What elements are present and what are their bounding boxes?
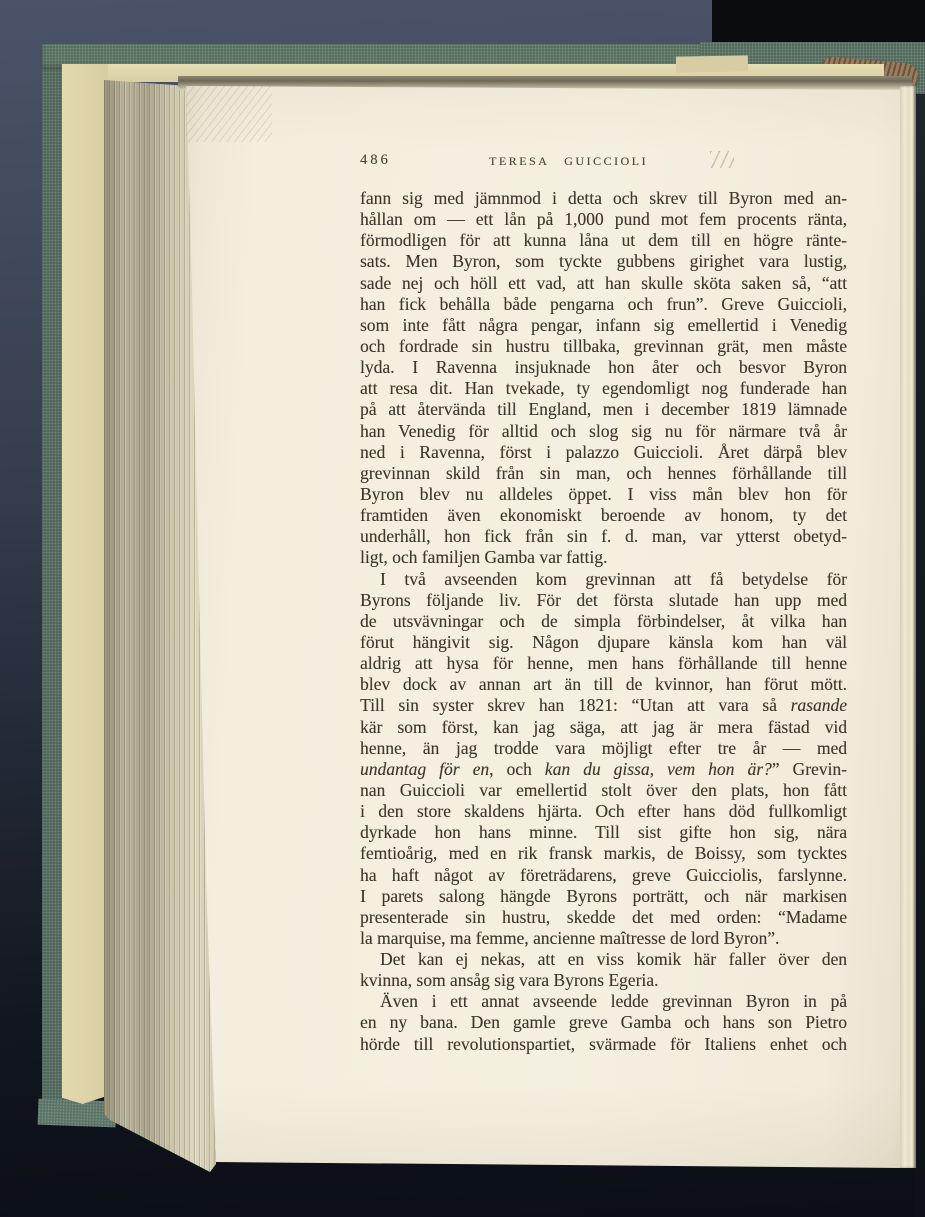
text-segment: ligt, och familjen Gamba var fattig. bbox=[360, 547, 607, 567]
text-segment: dyrkade hon hans minne. Till sist gifte … bbox=[360, 822, 847, 842]
text-line: underhåll, hon fick från sin f. d. man, … bbox=[360, 526, 847, 547]
text-segment: ned i Ravenna, först i palazzo Guiccioli… bbox=[360, 442, 847, 462]
text-line: sats. Men Byron, som tyckte gubbens giri… bbox=[360, 251, 847, 272]
text-segment: ” Grevin- bbox=[772, 759, 847, 779]
text-segment: la marquise, ma femme, ancienne maîtress… bbox=[360, 928, 779, 948]
text-line: grevinnan skild från sin man, och hennes… bbox=[360, 463, 847, 484]
running-header: TERESA GUICCIOLI bbox=[360, 154, 777, 169]
text-line: lyda. I Ravenna insjuknade hon åter och … bbox=[360, 357, 847, 378]
text-line: och fordrade sin hustru tillbaka, grevin… bbox=[360, 336, 847, 357]
text-line: dyrkade hon hans minne. Till sist gifte … bbox=[360, 822, 847, 843]
text-segment: framtiden även ekonomiskt beroende av ho… bbox=[360, 505, 847, 525]
text-line: blev dock av annan art än till de kvinno… bbox=[360, 674, 847, 695]
text-segment: ha haft något av företrädarens, greve Gu… bbox=[360, 865, 847, 885]
text-line: att resa dit. Han tvekade, ty egendomlig… bbox=[360, 378, 847, 399]
italic-text: rasande bbox=[791, 695, 847, 715]
text-line: presenterade sin hustru, skedde det med … bbox=[360, 907, 847, 928]
text-segment: kär som först, kan jag säga, att jag är … bbox=[360, 717, 847, 737]
text-line: sade nej och höll ett vad, att han skull… bbox=[360, 273, 847, 294]
text-line: de utsvävningar och de simpla förbindels… bbox=[360, 611, 847, 632]
text-segment: Till sin syster skrev han 1821: “Utan at… bbox=[360, 695, 791, 715]
paragraph: Det kan ej nekas, att en viss komik här … bbox=[360, 949, 847, 991]
text-segment: Det kan ej nekas, att en viss komik här … bbox=[380, 949, 847, 969]
text-line: la marquise, ma femme, ancienne maîtress… bbox=[360, 928, 847, 949]
text-line: ligt, och familjen Gamba var fattig. bbox=[360, 547, 847, 568]
text-line: undantag för en, och kan du gissa, vem h… bbox=[360, 759, 847, 780]
text-line: som inte fått några pengar, infann sig e… bbox=[360, 315, 847, 336]
paragraph: Även i ett annat avseende ledde grevinna… bbox=[360, 991, 847, 1054]
body-text: fann sig med jämnmod i detta och skrev t… bbox=[360, 188, 847, 1055]
text-segment: en ny bana. Den gamle greve Gamba och ha… bbox=[360, 1012, 847, 1032]
text-line: Även i ett annat avseende ledde grevinna… bbox=[360, 991, 847, 1012]
text-segment: Även i ett annat avseende ledde grevinna… bbox=[380, 991, 847, 1011]
text-line: ned i Ravenna, först i palazzo Guiccioli… bbox=[360, 442, 847, 463]
text-segment: fann sig med jämnmod i detta och skrev t… bbox=[360, 188, 847, 208]
text-segment: sade nej och höll ett vad, att han skull… bbox=[360, 273, 847, 293]
text-segment: henne, än jag trodde vara möjligt efter … bbox=[360, 738, 847, 758]
text-segment: lyda. I Ravenna insjuknade hon åter och … bbox=[360, 357, 847, 377]
text-line: kvinna, som ansåg sig vara Byrons Egeria… bbox=[360, 970, 847, 991]
text-segment: i den store skaldens hjärta. Och efter h… bbox=[360, 801, 847, 821]
text-line: hörde till revolutionspartiet, svärmade … bbox=[360, 1034, 847, 1055]
text-segment: hållan om — ett lån på 1,000 pund mot fe… bbox=[360, 209, 847, 229]
text-line: fann sig med jämnmod i detta och skrev t… bbox=[360, 188, 847, 209]
text-segment: grevinnan skild från sin man, och hennes… bbox=[360, 463, 847, 483]
text-segment: I två avseenden kom grevinnan att få bet… bbox=[380, 569, 847, 589]
text-segment: underhåll, hon fick från sin f. d. man, … bbox=[360, 526, 847, 546]
text-line: förut hängivit sig. Någon djupare känsla… bbox=[360, 632, 847, 653]
text-segment: han fick behålla både pengarna och frun”… bbox=[360, 294, 847, 314]
text-line: femtioårig, med en rik fransk markis, de… bbox=[360, 843, 847, 864]
text-line: I parets salong hängde Byrons porträtt, … bbox=[360, 886, 847, 907]
text-segment: han Venedig för alltid och slog sig nu f… bbox=[360, 421, 847, 441]
text-segment: presenterade sin hustru, skedde det med … bbox=[360, 907, 847, 927]
text-line: han fick behålla både pengarna och frun”… bbox=[360, 294, 847, 315]
page-corner-stack bbox=[186, 86, 272, 142]
text-line: henne, än jag trodde vara möjligt efter … bbox=[360, 738, 847, 759]
text-line: Till sin syster skrev han 1821: “Utan at… bbox=[360, 695, 847, 716]
text-segment: att resa dit. Han tvekade, ty egendomlig… bbox=[360, 378, 847, 398]
text-line: förmodligen för att kunna låna ut dem ti… bbox=[360, 230, 847, 251]
text-line: Det kan ej nekas, att en viss komik här … bbox=[360, 949, 847, 970]
book-photo: 486 TERESA GUICCIOLI fann sig med jämnmo… bbox=[0, 0, 925, 1217]
italic-text: undantag för en bbox=[360, 759, 489, 779]
gutter-page-edge bbox=[900, 86, 916, 1168]
text-line: på att återvända till England, men i dec… bbox=[360, 399, 847, 420]
endpaper-left-edge bbox=[62, 64, 108, 1104]
text-line: ha haft något av företrädarens, greve Gu… bbox=[360, 865, 847, 886]
text-segment: och fordrade sin hustru tillbaka, grevin… bbox=[360, 336, 847, 356]
text-line: Byrons följande liv. För det första slut… bbox=[360, 590, 847, 611]
text-line: hållan om — ett lån på 1,000 pund mot fe… bbox=[360, 209, 847, 230]
text-line: kär som först, kan jag säga, att jag är … bbox=[360, 717, 847, 738]
italic-text: kan du gissa, vem hon är? bbox=[545, 759, 772, 779]
text-line: framtiden även ekonomiskt beroende av ho… bbox=[360, 505, 847, 526]
text-line: i den store skaldens hjärta. Och efter h… bbox=[360, 801, 847, 822]
paragraph: fann sig med jämnmod i detta och skrev t… bbox=[360, 188, 847, 569]
text-segment: Byrons följande liv. För det första slut… bbox=[360, 590, 847, 610]
text-segment: sats. Men Byron, som tyckte gubbens giri… bbox=[360, 251, 847, 271]
text-segment: nan Guiccioli var emellertid stolt över … bbox=[360, 780, 847, 800]
text-segment: blev dock av annan art än till de kvinno… bbox=[360, 674, 847, 694]
text-segment: förmodligen för att kunna låna ut dem ti… bbox=[360, 230, 847, 250]
text-segment: förut hängivit sig. Någon djupare känsla… bbox=[360, 632, 847, 652]
text-segment: på att återvända till England, men i dec… bbox=[360, 399, 847, 419]
text-segment: I parets salong hängde Byrons porträtt, … bbox=[360, 886, 847, 906]
text-line: en ny bana. Den gamle greve Gamba och ha… bbox=[360, 1012, 847, 1033]
text-line: I två avseenden kom grevinnan att få bet… bbox=[360, 569, 847, 590]
text-line: aldrig att hysa för henne, men hans förh… bbox=[360, 653, 847, 674]
text-line: nan Guiccioli var emellertid stolt över … bbox=[360, 780, 847, 801]
page-header: 486 TERESA GUICCIOLI bbox=[360, 152, 847, 174]
text-segment: hörde till revolutionspartiet, svärmade … bbox=[360, 1034, 847, 1054]
text-line: han Venedig för alltid och slog sig nu f… bbox=[360, 421, 847, 442]
text-segment: , och bbox=[489, 759, 545, 779]
text-segment: som inte fått några pengar, infann sig e… bbox=[360, 315, 847, 335]
text-segment: aldrig att hysa för henne, men hans förh… bbox=[360, 653, 847, 673]
endpaper-spine-bit bbox=[676, 55, 748, 72]
text-segment: femtioårig, med en rik fransk markis, de… bbox=[360, 843, 847, 863]
text-segment: Byron blev nu alldeles öppet. I viss mån… bbox=[360, 484, 847, 504]
text-segment: kvinna, som ansåg sig vara Byrons Egeria… bbox=[360, 970, 658, 990]
text-segment: de utsvävningar och de simpla förbindels… bbox=[360, 611, 847, 631]
paragraph: I två avseenden kom grevinnan att få bet… bbox=[360, 569, 847, 950]
text-line: Byron blev nu alldeles öppet. I viss mån… bbox=[360, 484, 847, 505]
